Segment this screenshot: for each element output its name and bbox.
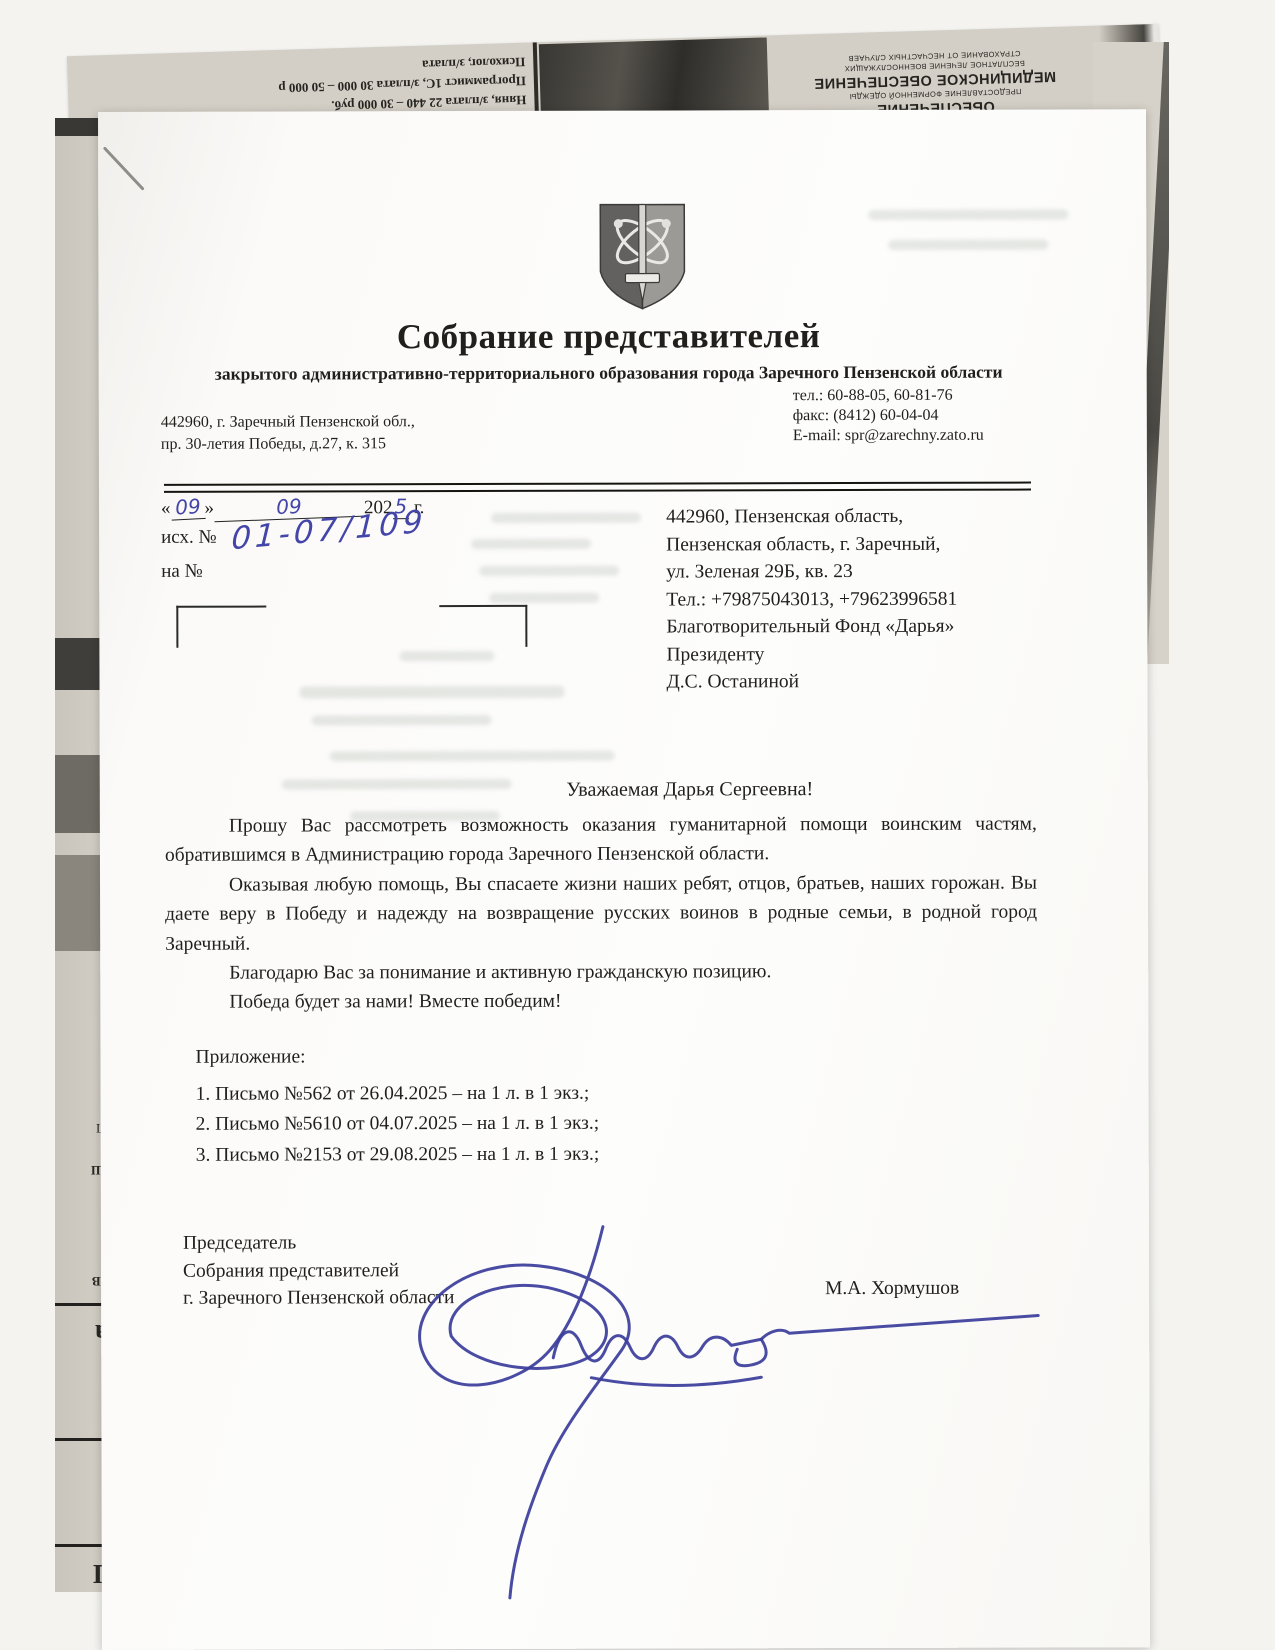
bleed-through-mark [491,513,641,523]
zarechny-coat-of-arms [596,201,688,311]
org-fax: факс: (8412) 60-04-04 [793,405,1123,426]
handwritten-day: 09 [170,494,205,521]
bleed-through-mark [330,751,615,762]
quote-mark: » [205,498,215,519]
letter-body: Прошу Вас рассмотреть возможность оказан… [165,810,1038,1018]
bleed-through-mark [471,539,591,549]
bleed-through-mark [399,651,494,661]
paragraph: Прошу Вас рассмотреть возможность оказан… [165,810,1037,871]
org-address-block: 442960, г. Заречный Пензенской обл., пр.… [161,411,521,456]
recipient-line: Тел.: +79875043013, +79623996581 [666,585,1046,613]
quote-mark: « [161,498,171,519]
incoming-label: на № [161,561,203,582]
org-email: E-mail: spr@zarechny.zato.ru [793,425,1123,446]
newspaper-medical-column: ОБЕСПЕЧЕНИЕ ПРЕДОСТАВЛЕНИЕ ФОРМЕННОЙ ОДЕ… [779,28,1091,121]
bleed-through-mark [888,240,1048,250]
bleed-through-mark [312,715,492,725]
handwritten-signature [290,1005,1052,1627]
paragraph: Благодарю Вас за понимание и активную гр… [165,957,1037,989]
staple [103,146,144,190]
org-phone: тел.: 60-88-05, 60-81-76 [793,385,1123,406]
address-zone-corner-right [439,605,527,647]
recipient-line: Пензенская область, г. Заречный, [666,530,1046,558]
incoming-number-row: на № [161,561,203,583]
outgoing-label: исх. № [161,527,217,548]
bleed-through-mark [868,209,1068,220]
org-address-line: 442960, г. Заречный Пензенской обл., [161,411,521,434]
recipient-line: Благотворительный Фонд «Дарья» [666,613,1046,641]
recipient-line: Президенту [666,640,1046,668]
official-letter-sheet: Собрание представителей закрытого админи… [98,109,1150,1650]
org-address-line: пр. 30-летия Победы, д.27, к. 315 [161,433,521,456]
org-title: Собрание представителей [99,315,1119,358]
recipient-line: 442960, Пензенская область, [666,503,1046,531]
recipient-line: Д.С. Останиной [666,668,1046,696]
bleed-through-mark [489,593,599,603]
letterhead-double-rule [164,482,1031,493]
salutation: Уважаемая Дарья Сергеевна! [400,778,980,803]
paragraph: Оказывая любую помощь, Вы спасаете жизни… [165,868,1037,959]
org-subtitle: закрытого административно-территориально… [99,361,1119,385]
scanned-letter-photo: экономического отдела, з/плата Няня, з/п… [0,0,1275,1650]
bleed-through-mark [300,686,565,699]
bleed-through-mark [479,566,619,576]
outgoing-number-row: исх. № 01-07/109 [161,527,217,549]
recipient-block: 442960, Пензенская область, Пензенская о… [666,503,1047,696]
org-contact-block: тел.: 60-88-05, 60-81-76 факс: (8412) 60… [793,385,1123,446]
recipient-line: ул. Зеленая 29Б, кв. 23 [666,558,1046,586]
address-zone-corner-left [176,606,266,648]
